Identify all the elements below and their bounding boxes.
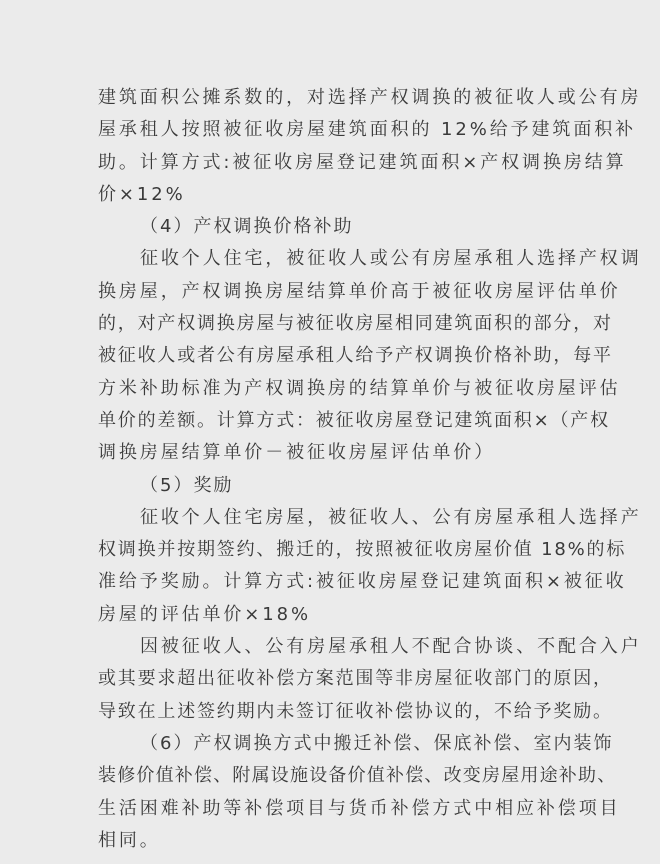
text-line: 的，对产权调换房屋与被征收房屋相同建筑面积的部分，对	[98, 308, 568, 340]
text-line: 装修价值补偿、附属设施设备价值补偿、改变房屋用途补助、	[98, 760, 568, 792]
document-page: 建筑面积公摊系数的，对选择产权调换的被征收人或公有房 屋承租人按照被征收房屋建筑…	[98, 82, 568, 857]
text-line: 屋承租人按照被征收房屋建筑面积的 12%给予建筑面积补	[98, 114, 568, 146]
text-line: 方米补助标准为产权调换房的结算单价与被征收房屋评估	[98, 373, 568, 405]
text-line: 征收个人住宅，被征收人或公有房屋承租人选择产权调	[98, 243, 568, 275]
paragraph-area-subsidy-continued: 建筑面积公摊系数的，对选择产权调换的被征收人或公有房 屋承租人按照被征收房屋建筑…	[98, 82, 568, 211]
text-line: 生活困难补助等补偿项目与货币补偿方式中相应补偿项目	[98, 793, 568, 825]
text-line: 调换房屋结算单价－被征收房屋评估单价）	[98, 437, 568, 469]
text-line: 权调换并按期签约、搬迁的，按照被征收房屋价值 18%的标	[98, 534, 568, 566]
paragraph-no-reward: 因被征收人、公有房屋承租人不配合协谈、不配合入户 或其要求超出征收补偿方案范围等…	[98, 631, 568, 728]
text-line: 建筑面积公摊系数的，对选择产权调换的被征收人或公有房	[98, 82, 568, 114]
paragraph-price-subsidy: 征收个人住宅，被征收人或公有房屋承租人选择产权调 换房屋，产权调换房屋结算单价高…	[98, 243, 568, 469]
text-line: 单价的差额。计算方式：被征收房屋登记建筑面积×（产权	[98, 405, 568, 437]
text-line: 被征收人或者公有房屋承租人给予产权调换价格补助，每平	[98, 340, 568, 372]
section-heading-4: （4）产权调换价格补助	[98, 211, 568, 243]
text-line: 房屋的评估单价×18%	[98, 599, 568, 631]
text-line: 征收个人住宅房屋，被征收人、公有房屋承租人选择产	[98, 502, 568, 534]
text-line: 相同。	[98, 825, 568, 857]
paragraph-reward: 征收个人住宅房屋，被征收人、公有房屋承租人选择产 权调换并按期签约、搬迁的，按照…	[98, 502, 568, 631]
text-line: 导致在上述签约期内未签订征收补偿协议的，不给予奖励。	[98, 696, 568, 728]
text-line: 准给予奖励。计算方式:被征收房屋登记建筑面积×被征收	[98, 566, 568, 598]
text-line: 助。计算方式:被征收房屋登记建筑面积×产权调换房结算	[98, 147, 568, 179]
text-line: 价×12%	[98, 179, 568, 211]
text-line: （6）产权调换方式中搬迁补偿、保底补偿、室内装饰	[98, 728, 568, 760]
text-line: 换房屋，产权调换房屋结算单价高于被征收房屋评估单价	[98, 276, 568, 308]
text-line: 或其要求超出征收补偿方案范围等非房屋征收部门的原因，	[98, 663, 568, 695]
section-heading-5: （5）奖励	[98, 470, 568, 502]
text-line: 因被征收人、公有房屋承租人不配合协谈、不配合入户	[98, 631, 568, 663]
paragraph-section-6: （6）产权调换方式中搬迁补偿、保底补偿、室内装饰 装修价值补偿、附属设施设备价值…	[98, 728, 568, 857]
